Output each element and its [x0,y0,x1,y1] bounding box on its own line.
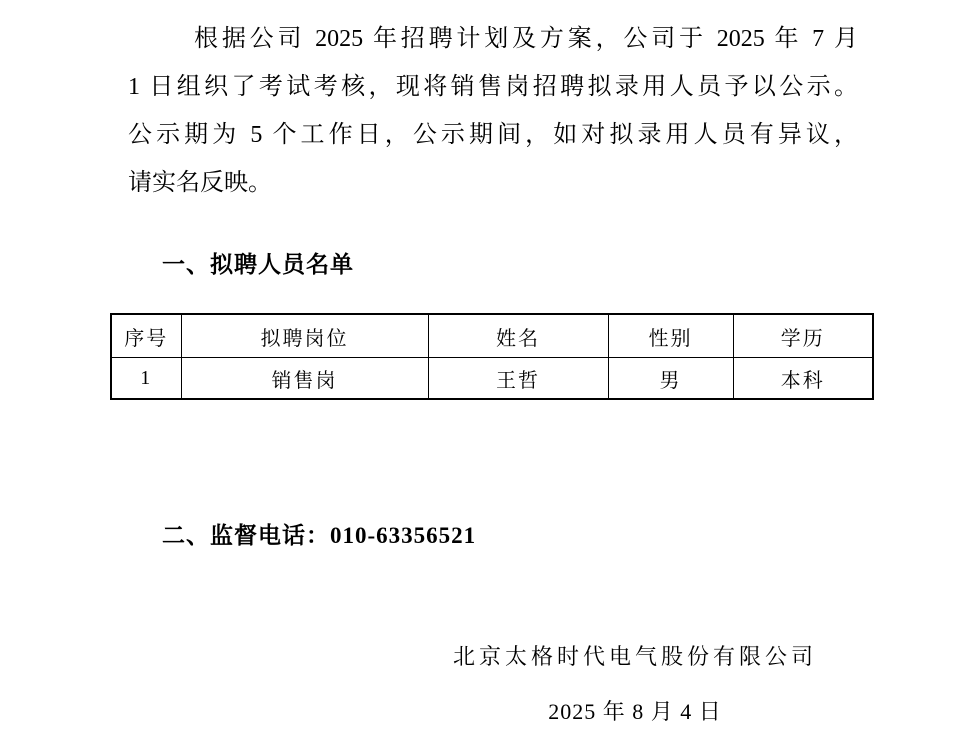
col-header-index: 序号 [111,314,181,358]
col-header-name: 姓名 [428,314,608,358]
cell-name: 王哲 [428,358,608,400]
section1-heading: 一、拟聘人员名单 [162,250,354,280]
col-header-gender: 性别 [608,314,733,358]
table-header-row: 序号 拟聘岗位 姓名 性别 学历 [111,314,873,358]
paragraph-line: 1 日组织了考试考核，现将销售岗招聘拟录用人员予以公示。 [128,63,858,111]
cell-index: 1 [111,358,181,400]
document-page: 根据公司 2025 年招聘计划及方案，公司于 2025 年 7 月 1 日组织了… [0,0,980,742]
cell-gender: 男 [608,358,733,400]
roster-table: 序号 拟聘岗位 姓名 性别 学历 1 销售岗 王哲 男 本科 [110,313,874,400]
paragraph-line: 根据公司 2025 年招聘计划及方案，公司于 2025 年 7 月 [128,15,858,63]
col-header-position: 拟聘岗位 [181,314,428,358]
cell-position: 销售岗 [181,358,428,400]
paragraph-line: 公示期为 5 个工作日，公示期间，如对拟录用人员有异议， [128,111,858,159]
paragraph-line: 请实名反映。 [128,159,858,207]
signature-block: 北京太格时代电气股份有限公司 2025 年 8 月 4 日 [400,643,870,726]
signature-date: 2025 年 8 月 4 日 [400,698,870,726]
announcement-paragraph: 根据公司 2025 年招聘计划及方案，公司于 2025 年 7 月 1 日组织了… [128,15,858,207]
col-header-education: 学历 [733,314,873,358]
cell-education: 本科 [733,358,873,400]
company-name: 北京太格时代电气股份有限公司 [400,643,870,671]
table-row: 1 销售岗 王哲 男 本科 [111,358,873,400]
section2-heading: 二、监督电话：010-63356521 [162,521,476,551]
